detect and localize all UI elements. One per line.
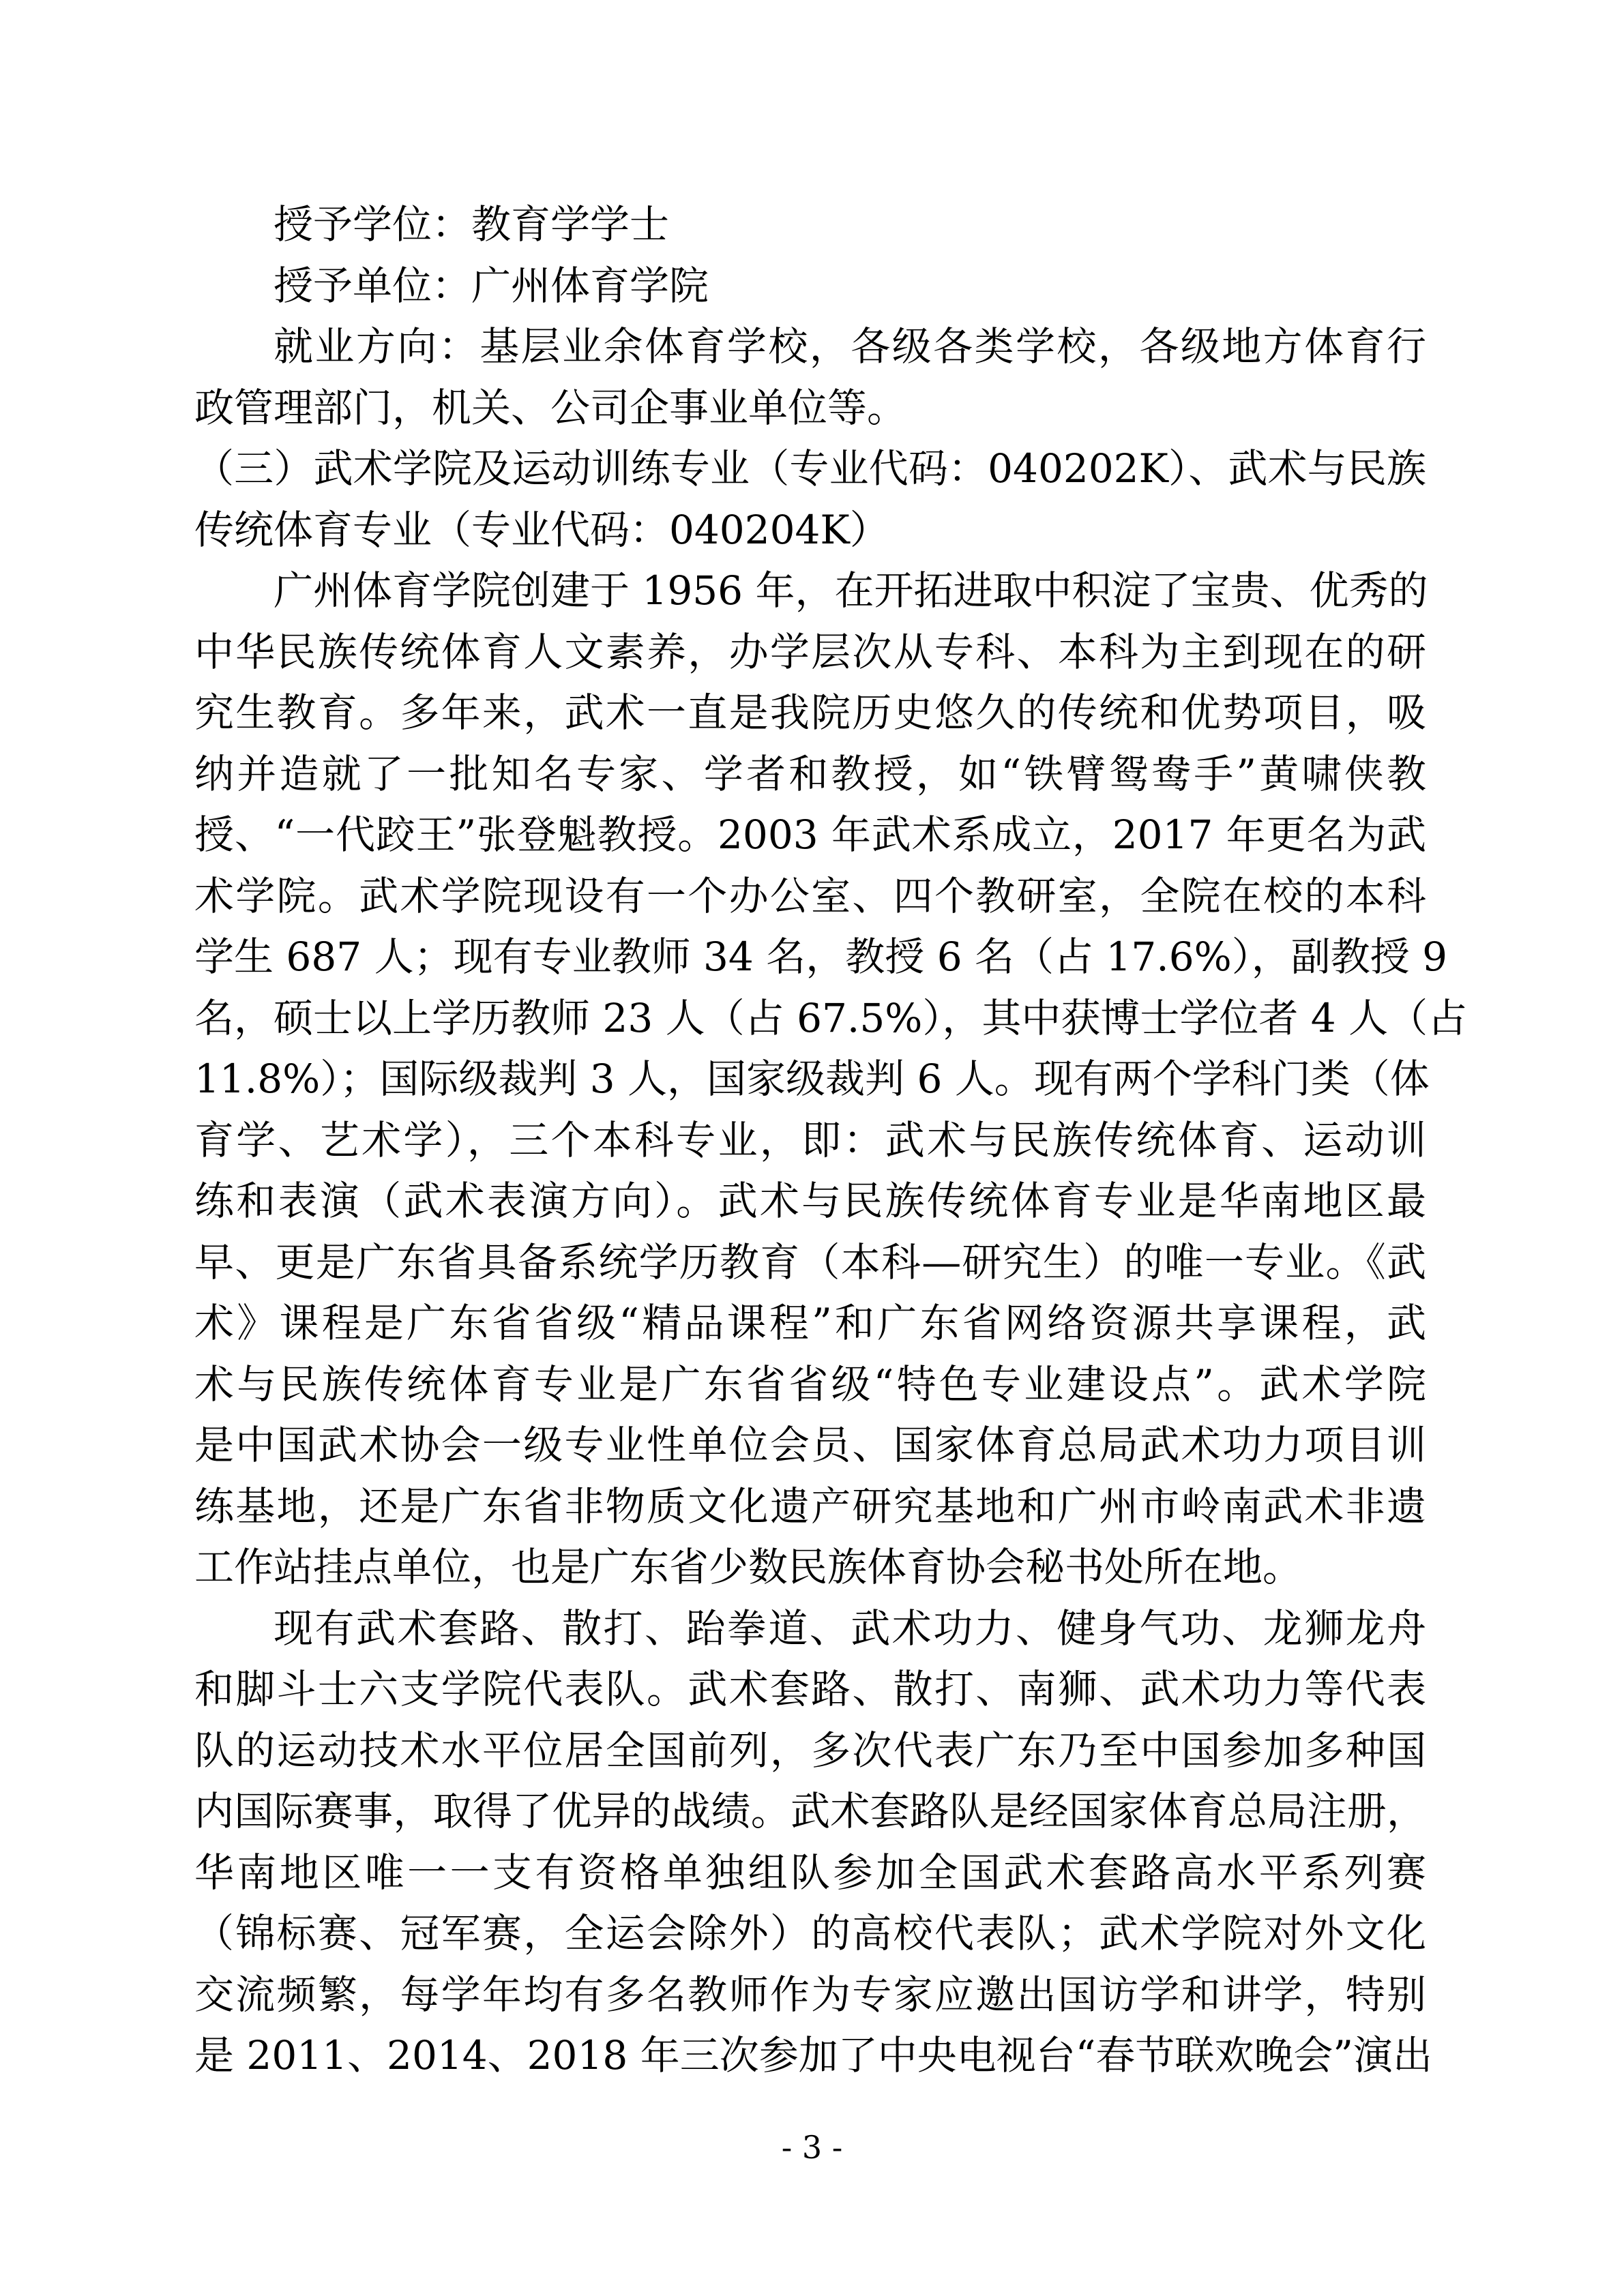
text-line: 中华民族传统体育人文素养，办学层次从专科、本科为主到现在的研 <box>194 622 1426 683</box>
text-line: 11.8%）；国际级裁判 3 人，国家级裁判 6 人。现有两个学科门类（体 <box>194 1049 1426 1110</box>
text-line: 广州体育学院创建于 1956 年，在开拓进取中积淀了宝贵、优秀的 <box>194 561 1426 622</box>
text-line: 练基地，还是广东省非物质文化遗产研究基地和广州市岭南武术非遗 <box>194 1476 1426 1538</box>
text-line: 育学、艺术学），三个本科专业，即：武术与民族传统体育、运动训 <box>194 1110 1426 1172</box>
text-line: 内国际赛事，取得了优异的战绩。武术套路队是经国家体育总局注册， <box>194 1781 1426 1843</box>
text-line: 政管理部门，机关、公司企事业单位等。 <box>194 378 1426 439</box>
text-line: 交流频繁，每学年均有多名教师作为专家应邀出国访学和讲学，特别 <box>194 1965 1426 2026</box>
text-line: 是中国武术协会一级专业性单位会员、国家体育总局武术功力项目训 <box>194 1415 1426 1476</box>
page-number: - 3 - <box>0 2129 1624 2166</box>
text-line: 授予单位：广州体育学院 <box>194 256 1426 317</box>
text-line: 授予学位：教育学学士 <box>194 194 1426 256</box>
text-line: （锦标赛、冠军赛，全运会除外）的高校代表队；武术学院对外文化 <box>194 1903 1426 1965</box>
text-line: 就业方向：基层业余体育学校，各级各类学校，各级地方体育行 <box>194 316 1426 378</box>
document-page: 授予学位：教育学学士授予单位：广州体育学院就业方向：基层业余体育学校，各级各类学… <box>0 0 1624 2296</box>
text-line: 授、“一代跤王”张登魁教授。2003 年武术系成立，2017 年更名为武 <box>194 805 1426 866</box>
text-line: 名，硕士以上学历教师 23 人（占 67.5%），其中获博士学位者 4 人（占 <box>194 988 1426 1049</box>
text-line: 学生 687 人；现有专业教师 34 名，教授 6 名（占 17.6%），副教授… <box>194 927 1426 988</box>
text-line: 是 2011、2014、2018 年三次参加了中央电视台“春节联欢晚会”演出 <box>194 2025 1426 2087</box>
text-line: 早、更是广东省具备系统学历教育（本科—研究生）的唯一专业。《武 <box>194 1232 1426 1294</box>
text-line: （三）武术学院及运动训练专业（专业代码：040202K）、武术与民族 <box>194 438 1426 500</box>
text-line: 队的运动技术水平位居全国前列，多次代表广东乃至中国参加多种国 <box>194 1720 1426 1782</box>
text-line: 工作站挂点单位，也是广东省少数民族体育协会秘书处所在地。 <box>194 1537 1426 1598</box>
text-line: 传统体育专业（专业代码：040204K） <box>194 500 1426 561</box>
text-line: 术》课程是广东省省级“精品课程”和广东省网络资源共享课程，武 <box>194 1293 1426 1354</box>
text-line: 究生教育。多年来，武术一直是我院历史悠久的传统和优势项目，吸 <box>194 683 1426 744</box>
text-line: 纳并造就了一批知名专家、学者和教授，如“铁臂鸳鸯手”黄啸侠教 <box>194 744 1426 805</box>
text-line: 和脚斗士六支学院代表队。武术套路、散打、南狮、武术功力等代表 <box>194 1659 1426 1720</box>
text-line: 术学院。武术学院现设有一个办公室、四个教研室，全院在校的本科 <box>194 866 1426 927</box>
text-line: 现有武术套路、散打、跆拳道、武术功力、健身气功、龙狮龙舟 <box>194 1598 1426 1660</box>
text-line: 术与民族传统体育专业是广东省省级“特色专业建设点”。武术学院 <box>194 1354 1426 1416</box>
text-line: 华南地区唯一一支有资格单独组队参加全国武术套路高水平系列赛 <box>194 1843 1426 1904</box>
text-line: 练和表演（武术表演方向）。武术与民族传统体育专业是华南地区最 <box>194 1171 1426 1232</box>
document-content: 授予学位：教育学学士授予单位：广州体育学院就业方向：基层业余体育学校，各级各类学… <box>194 194 1426 2087</box>
